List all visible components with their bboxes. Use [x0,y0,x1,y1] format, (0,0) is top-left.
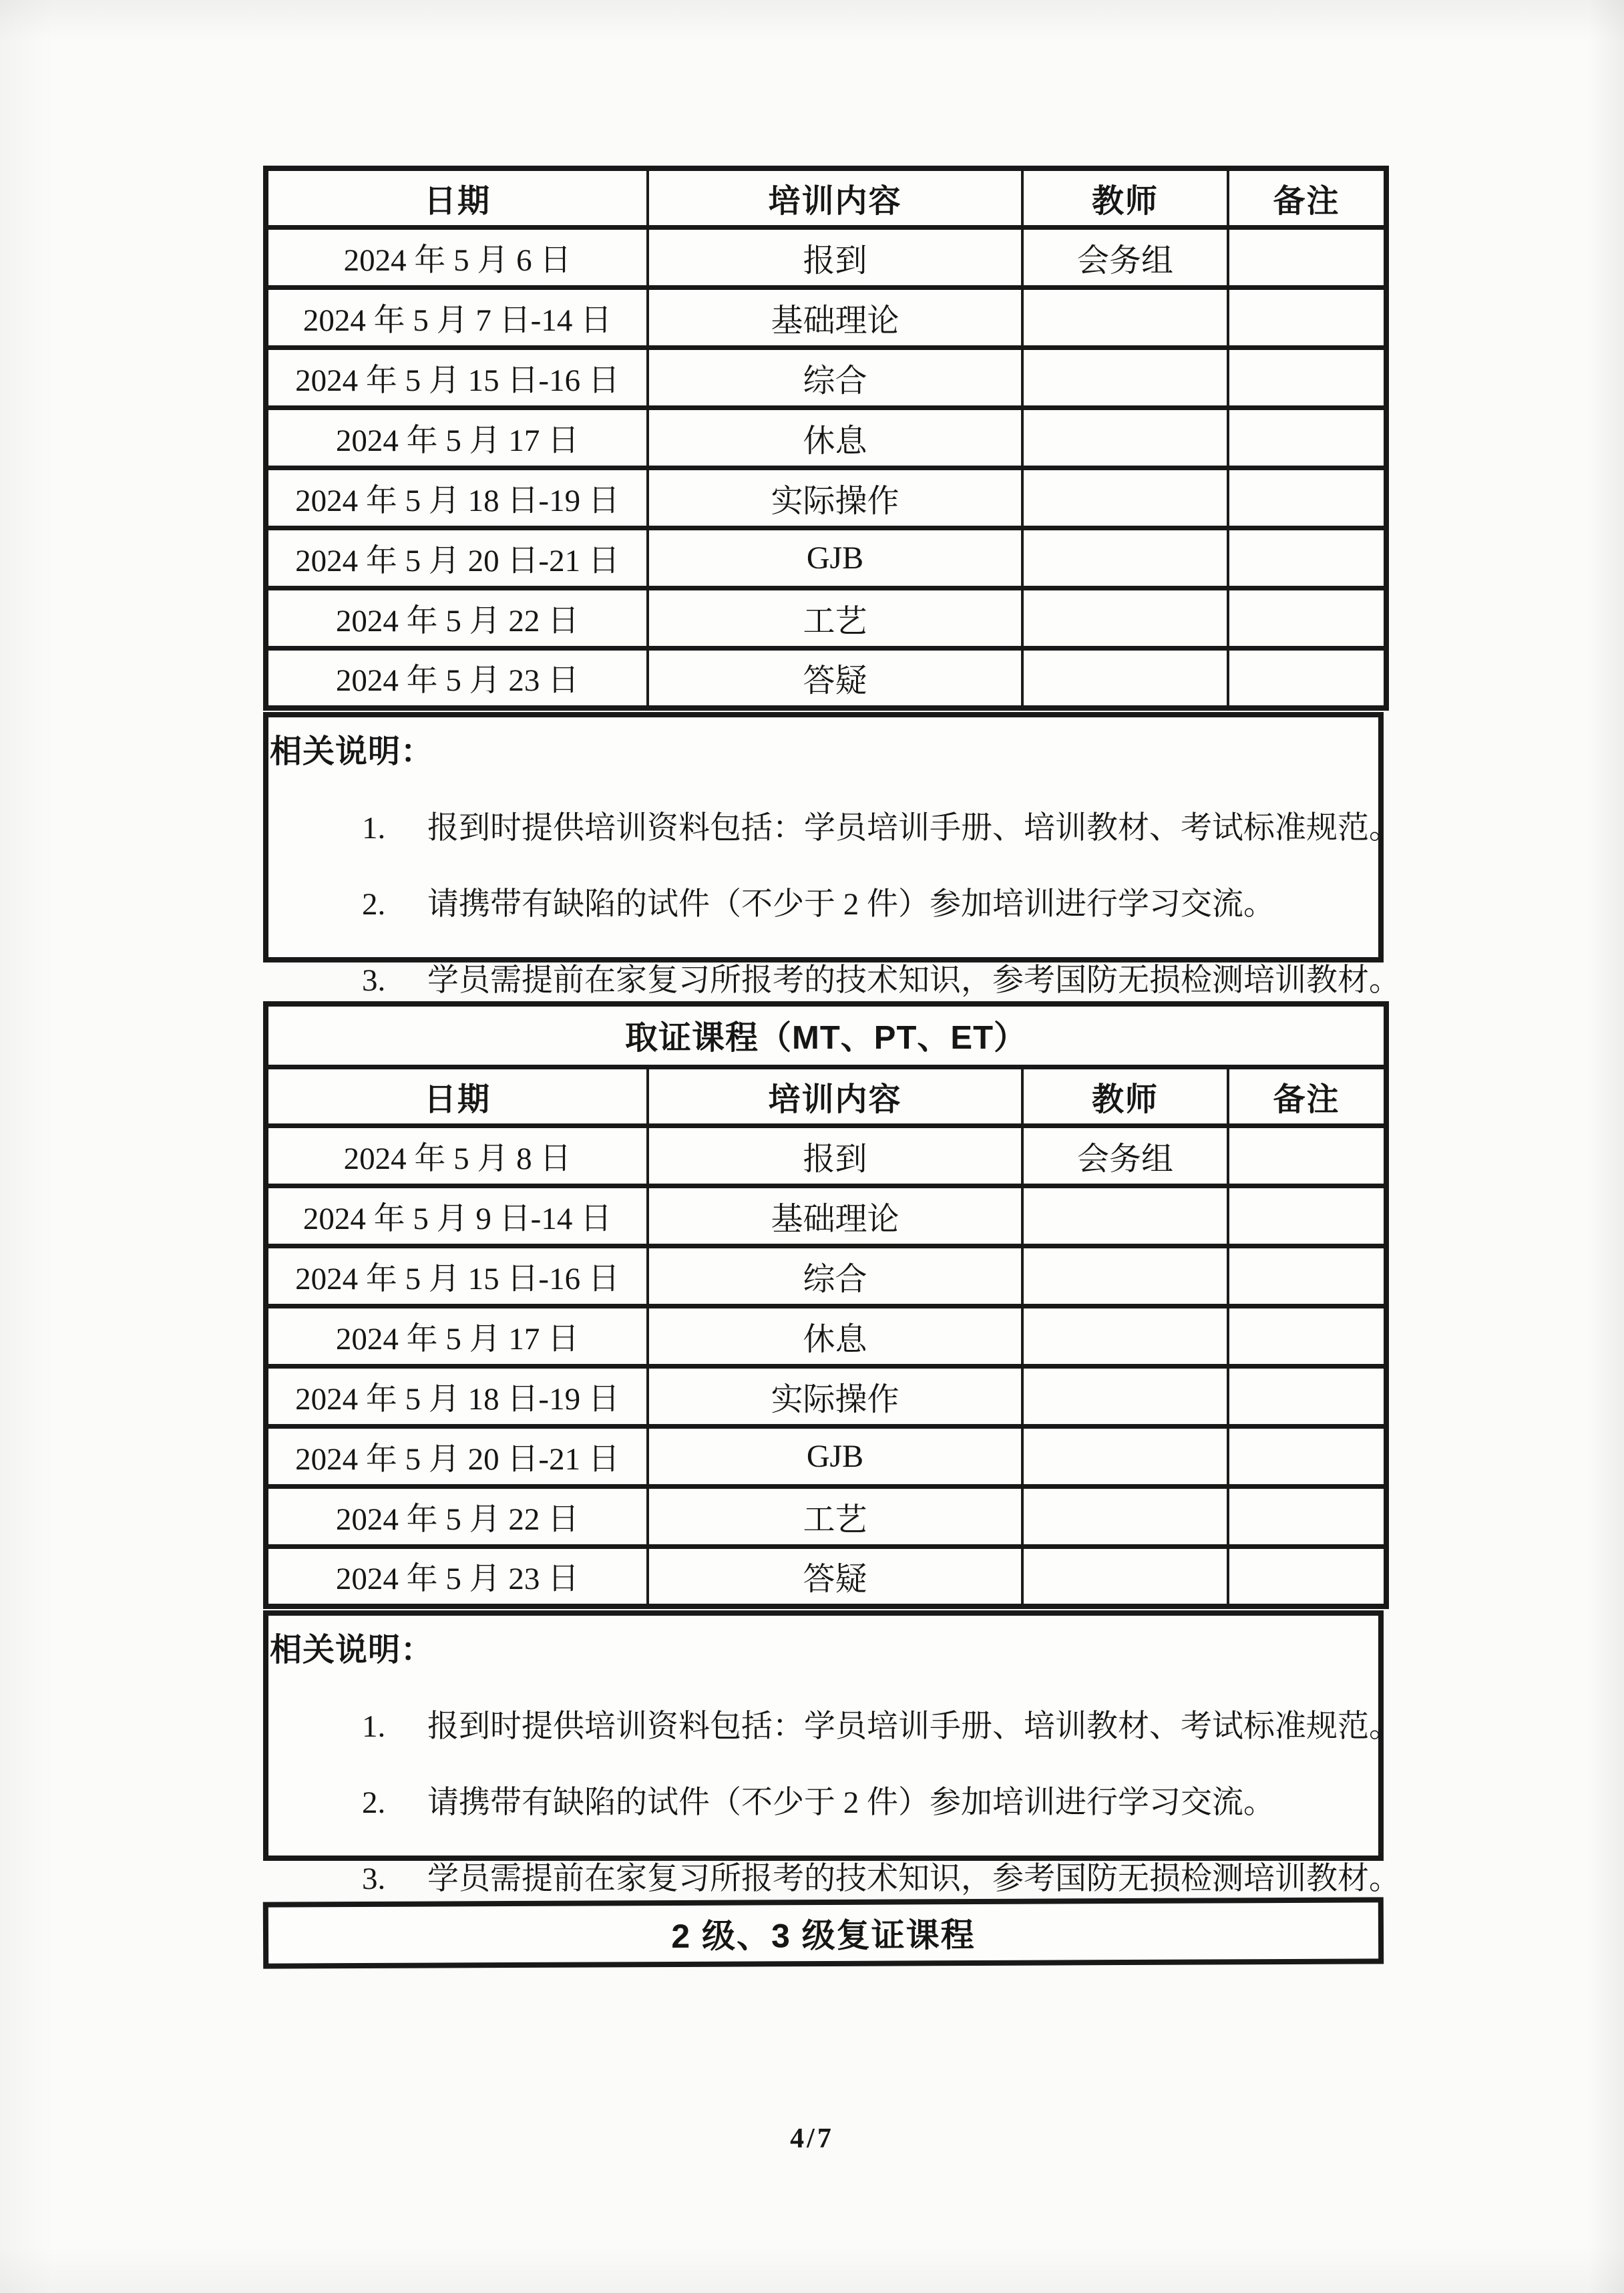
teacher-cell [1022,407,1228,468]
column-header-note: 备注 [1228,1067,1386,1125]
table-row: 2024 年 5 月 18 日-19 日 实际操作 [266,468,1386,528]
note-cell [1228,407,1386,468]
column-header-note: 备注 [1228,168,1386,227]
content-cell: 工艺 [648,1486,1022,1546]
teacher-cell: 会务组 [1022,227,1228,287]
table-row: 2024 年 5 月 17 日 休息 [266,407,1386,468]
note-item-number: 3. [362,1861,427,1897]
note-cell [1228,227,1386,287]
notes-section: 相关说明： 1.报到时提供培训资料包括：学员培训手册、培训教材、考试标准规范。 … [263,712,1384,962]
teacher-cell [1022,287,1228,347]
table-title: 取证课程（MT、PT、ET） [266,1004,1386,1067]
content-cell: 休息 [648,1306,1022,1366]
notes-heading: 相关说明： [270,725,1378,771]
table-header-row: 日期 培训内容 教师 备注 [266,168,1386,227]
content-cell: 实际操作 [648,1366,1022,1426]
content-cell: 工艺 [648,588,1022,648]
teacher-cell [1022,468,1228,528]
table-row: 2024 年 5 月 22 日 工艺 [266,1486,1386,1546]
notes-section: 相关说明： 1.报到时提供培训资料包括：学员培训手册、培训教材、考试标准规范。 … [263,1610,1384,1861]
date-cell: 2024 年 5 月 23 日 [266,648,648,708]
date-cell: 2024 年 5 月 6 日 [266,227,648,287]
content-cell: GJB [648,528,1022,588]
column-header-date: 日期 [266,168,648,227]
recert-course-section: 2 级、3 级复证课程 [263,1897,1384,1968]
table-row: 2024 年 5 月 9 日-14 日 基础理论 [266,1186,1386,1246]
content-cell: 基础理论 [648,287,1022,347]
date-cell: 2024 年 5 月 8 日 [266,1125,648,1186]
date-cell: 2024 年 5 月 18 日-19 日 [266,1366,648,1426]
content-cell: 答疑 [648,1546,1022,1606]
table-row: 2024 年 5 月 20 日-21 日 GJB [266,528,1386,588]
teacher-cell [1022,1366,1228,1426]
note-cell [1228,468,1386,528]
date-cell: 2024 年 5 月 20 日-21 日 [266,528,648,588]
table-row: 2024 年 5 月 18 日-19 日 实际操作 [266,1366,1386,1426]
note-cell [1228,347,1386,407]
note-item-text: 报到时提供培训资料包括：学员培训手册、培训教材、考试标准规范。 [427,811,1400,846]
table-row: 2024 年 5 月 17 日 休息 [266,1306,1386,1366]
scanned-document-page: 日期 培训内容 教师 备注 2024 年 5 月 6 日 报到 会务组 2024… [0,0,1624,2293]
content-cell: 基础理论 [648,1186,1022,1246]
table-row: 2024 年 5 月 22 日 工艺 [266,588,1386,648]
content-cell: 答疑 [648,648,1022,708]
note-item-text: 学员需提前在家复习所报考的技术知识，参考国防无损检测培训教材。 [427,1862,1400,1896]
note-cell [1228,1486,1386,1546]
teacher-cell [1022,588,1228,648]
date-cell: 2024 年 5 月 17 日 [266,1306,648,1366]
notes-heading: 相关说明： [270,1624,1378,1670]
recert-course-title: 2 级、3 级复证课程 [671,1908,976,1958]
table-row: 2024 年 5 月 6 日 报到 会务组 [266,227,1386,287]
column-header-teacher: 教师 [1022,168,1228,227]
teacher-cell [1022,648,1228,708]
note-cell [1228,1366,1386,1426]
teacher-cell [1022,1426,1228,1486]
note-cell [1228,287,1386,347]
column-header-content: 培训内容 [648,1067,1022,1125]
note-item: 2.请携带有缺陷的试件（不少于 2 件）参加培训进行学习交流。 [362,1777,1378,1822]
teacher-cell [1022,528,1228,588]
date-cell: 2024 年 5 月 15 日-16 日 [266,347,648,407]
note-item-number: 2. [362,1785,427,1821]
note-cell [1228,648,1386,708]
date-cell: 2024 年 5 月 18 日-19 日 [266,468,648,528]
date-cell: 2024 年 5 月 15 日-16 日 [266,1246,648,1306]
table-row: 2024 年 5 月 15 日-16 日 综合 [266,347,1386,407]
page-number: 4/7 [0,2123,1624,2155]
table-header-row: 日期 培训内容 教师 备注 [266,1067,1386,1125]
date-cell: 2024 年 5 月 20 日-21 日 [266,1426,648,1486]
note-item: 1.报到时提供培训资料包括：学员培训手册、培训教材、考试标准规范。 [362,803,1378,848]
date-cell: 2024 年 5 月 22 日 [266,588,648,648]
note-cell [1228,1546,1386,1606]
teacher-cell [1022,1186,1228,1246]
content-cell: 报到 [648,1125,1022,1186]
note-item-text: 学员需提前在家复习所报考的技术知识，参考国防无损检测培训教材。 [427,963,1400,998]
note-item: 3.学员需提前在家复习所报考的技术知识，参考国防无损检测培训教材。 [362,955,1378,1000]
note-cell [1228,1125,1386,1186]
table-title-row: 取证课程（MT、PT、ET） [266,1004,1386,1067]
note-cell [1228,1186,1386,1246]
table-row: 2024 年 5 月 8 日 报到 会务组 [266,1125,1386,1186]
note-cell [1228,588,1386,648]
content-cell: 实际操作 [648,468,1022,528]
note-item-number: 1. [362,1709,427,1745]
teacher-cell [1022,1306,1228,1366]
note-item-text: 请携带有缺陷的试件（不少于 2 件）参加培训进行学习交流。 [427,1785,1275,1820]
table-row: 2024 年 5 月 7 日-14 日 基础理论 [266,287,1386,347]
date-cell: 2024 年 5 月 17 日 [266,407,648,468]
content-cell: 报到 [648,227,1022,287]
date-cell: 2024 年 5 月 22 日 [266,1486,648,1546]
note-item: 1.报到时提供培训资料包括：学员培训手册、培训教材、考试标准规范。 [362,1701,1378,1746]
content-cell: 综合 [648,347,1022,407]
acquisition-course-table: 取证课程（MT、PT、ET） 日期 培训内容 教师 备注 2024 年 5 月 … [263,1001,1389,1609]
column-header-date: 日期 [266,1067,648,1125]
training-schedule-table: 日期 培训内容 教师 备注 2024 年 5 月 6 日 报到 会务组 2024… [263,166,1389,711]
table-row: 2024 年 5 月 23 日 答疑 [266,1546,1386,1606]
note-item-number: 1. [362,810,427,846]
column-header-teacher: 教师 [1022,1067,1228,1125]
table-row: 2024 年 5 月 23 日 答疑 [266,648,1386,708]
note-item-number: 2. [362,886,427,922]
column-header-content: 培训内容 [648,168,1022,227]
note-item-text: 请携带有缺陷的试件（不少于 2 件）参加培训进行学习交流。 [427,887,1275,922]
note-cell [1228,1426,1386,1486]
note-item-number: 3. [362,962,427,999]
note-item: 3.学员需提前在家复习所报考的技术知识，参考国防无损检测培训教材。 [362,1854,1378,1898]
date-cell: 2024 年 5 月 9 日-14 日 [266,1186,648,1246]
content-cell: GJB [648,1426,1022,1486]
teacher-cell [1022,1546,1228,1606]
teacher-cell [1022,1246,1228,1306]
teacher-cell [1022,347,1228,407]
teacher-cell [1022,1486,1228,1546]
teacher-cell: 会务组 [1022,1125,1228,1186]
date-cell: 2024 年 5 月 7 日-14 日 [266,287,648,347]
date-cell: 2024 年 5 月 23 日 [266,1546,648,1606]
note-item: 2.请携带有缺陷的试件（不少于 2 件）参加培训进行学习交流。 [362,879,1378,924]
content-cell: 休息 [648,407,1022,468]
note-item-text: 报到时提供培训资料包括：学员培训手册、培训教材、考试标准规范。 [427,1709,1400,1744]
document-content-column: 日期 培训内容 教师 备注 2024 年 5 月 6 日 报到 会务组 2024… [263,166,1384,1966]
content-cell: 综合 [648,1246,1022,1306]
note-cell [1228,528,1386,588]
table-row: 2024 年 5 月 15 日-16 日 综合 [266,1246,1386,1306]
note-cell [1228,1246,1386,1306]
note-cell [1228,1306,1386,1366]
table-row: 2024 年 5 月 20 日-21 日 GJB [266,1426,1386,1486]
